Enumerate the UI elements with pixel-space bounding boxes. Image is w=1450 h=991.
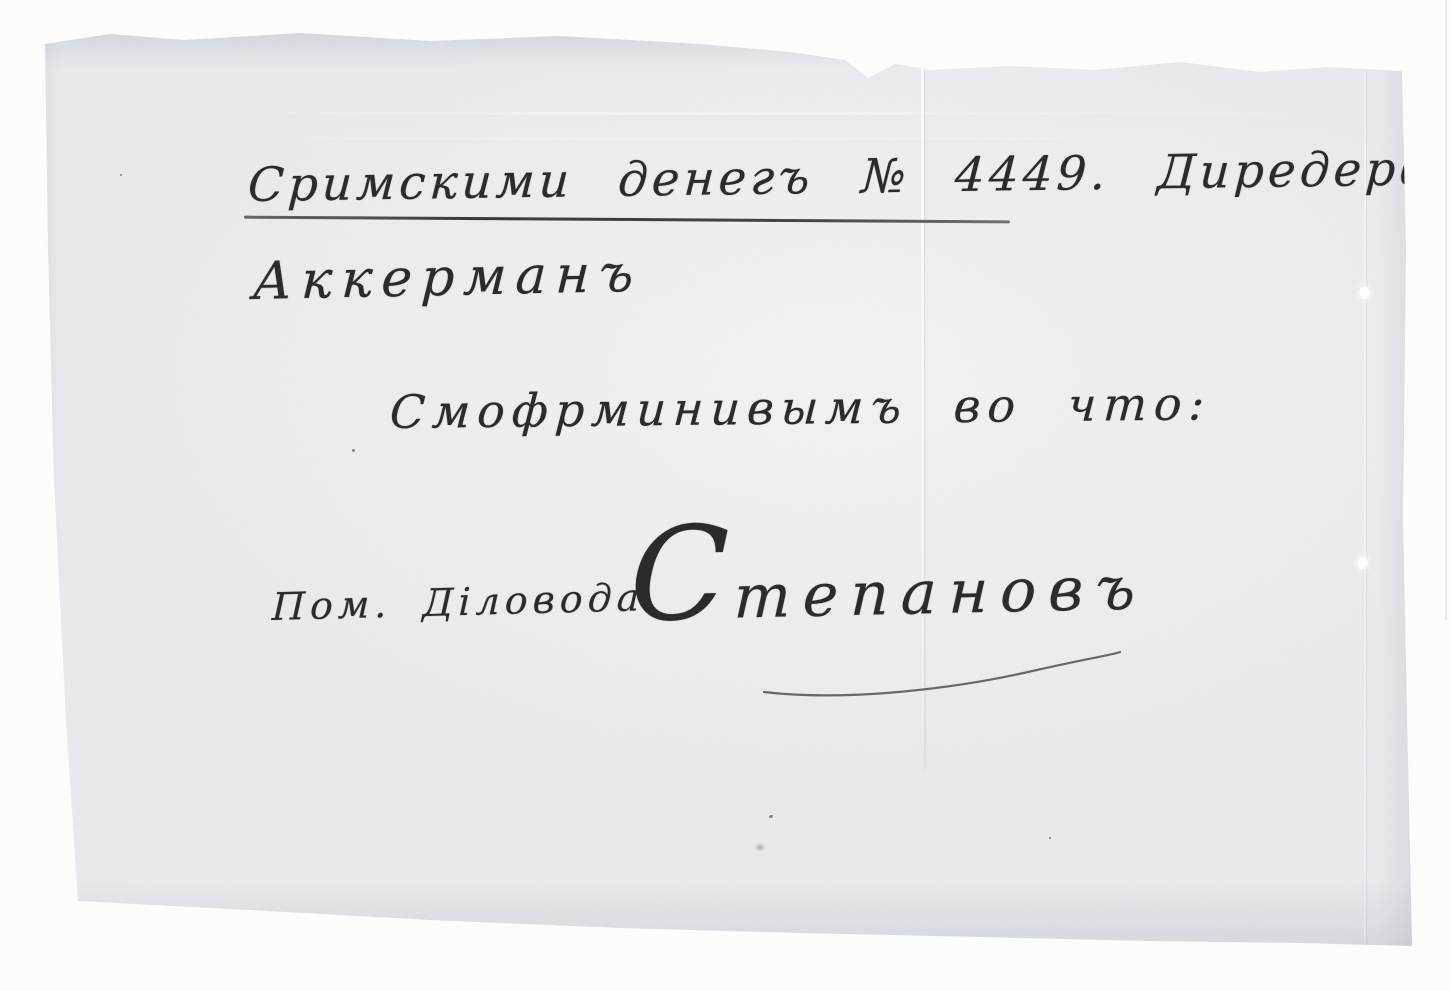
scanned-document: Сримскими денегъ № 4449. Диредерварі Акк… <box>0 0 1450 991</box>
place-line: Аккерманъ <box>252 244 644 312</box>
edge-shading-left <box>28 40 62 908</box>
scan-streak <box>110 112 1350 115</box>
ink-smudge <box>754 843 766 852</box>
document-number: № 4449. <box>860 146 1111 205</box>
ink-speck <box>120 174 122 176</box>
ink-speck <box>1049 837 1051 839</box>
paper-sheet: Сримскими денегъ № 4449. Диредерварі Акк… <box>0 0 1450 991</box>
signature-flourish <box>758 642 1128 702</box>
punch-hole <box>1358 285 1371 301</box>
scanner-edge-line <box>1445 0 1447 620</box>
underlined-phrase: Сримскими денегъ <box>246 150 815 213</box>
scan-streak <box>160 137 1240 140</box>
punch-hole <box>1356 555 1369 571</box>
addressee-word: Диредерварі <box>1156 140 1450 200</box>
signature: Степановъ <box>628 500 1150 641</box>
torn-edge-shading-top <box>28 28 1412 68</box>
ink-speck <box>352 449 355 452</box>
edge-shading-bottom <box>28 878 1414 950</box>
fold-crease-right <box>1364 72 1366 946</box>
body-line: Смофрминивымъ во что: <box>388 376 1213 439</box>
